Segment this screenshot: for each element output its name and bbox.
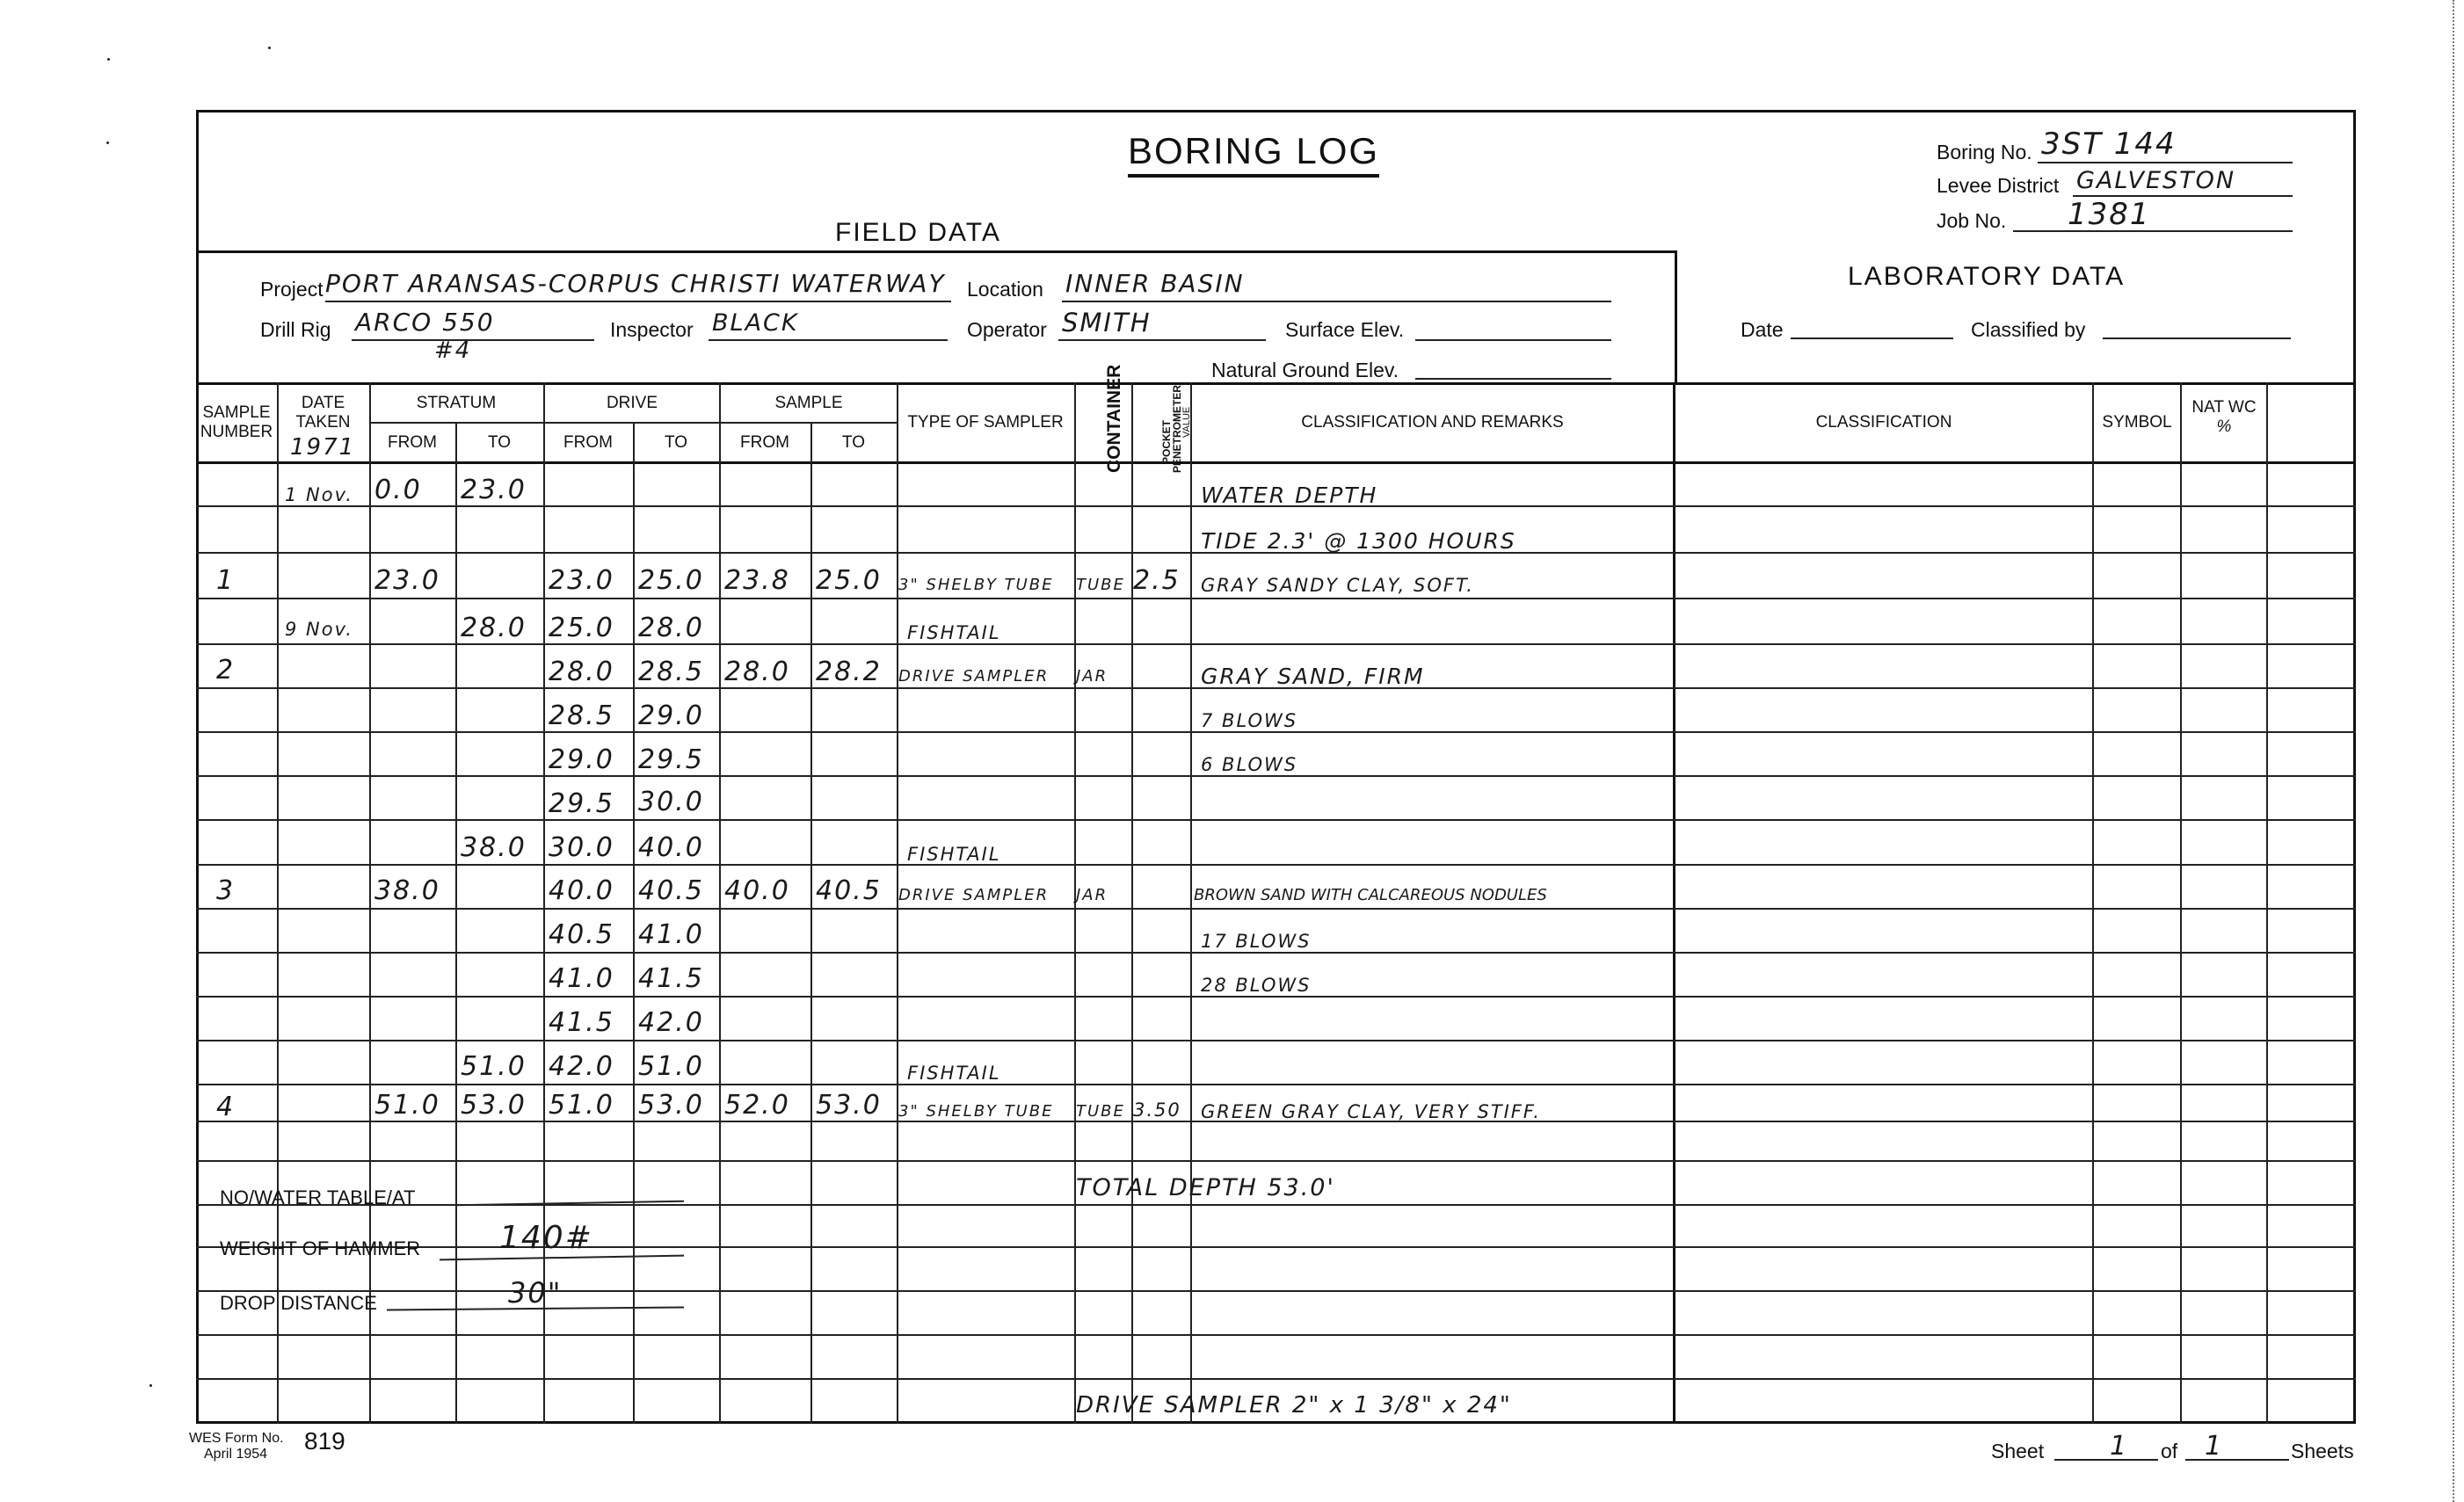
cell-date[interactable]: 1 Nov.	[280, 461, 369, 505]
sheet-label: Sheet	[1991, 1440, 2044, 1463]
header-text: NUMBER	[200, 423, 273, 442]
job-no-label: Job No.	[1937, 209, 2006, 233]
sheet-no-underline	[2054, 1459, 2158, 1461]
cell-sample-to[interactable]: 53.0	[810, 1084, 897, 1121]
cell-remarks[interactable]: GRAY SAND, FIRM	[1196, 643, 1670, 689]
scan-speck	[107, 58, 110, 61]
cell-stratum-to[interactable]: 38.0	[455, 819, 543, 863]
location-label: Location	[967, 278, 1043, 301]
cell-sampler[interactable]: 3" SHELBY TUBE	[897, 552, 1074, 594]
drop-distance-value[interactable]: 30"	[508, 1276, 562, 1310]
cell-sampler[interactable]: FISHTAIL	[902, 598, 1074, 643]
cell-container[interactable]: TUBE	[1074, 1084, 1131, 1121]
surface-elev-label: Surface Elev.	[1285, 318, 1404, 342]
boring-no-value[interactable]: 3ST 144	[2041, 127, 2177, 162]
form-number-label: WES Form No.	[189, 1431, 284, 1447]
cell-stratum-from[interactable]: 0.0	[369, 461, 455, 505]
cell-sample-to[interactable]: 25.0	[810, 552, 897, 596]
cell-sample-to[interactable]: 28.2	[810, 643, 897, 687]
cell-pen[interactable]: 2.5	[1131, 552, 1190, 596]
header-text: NAT WC	[2191, 398, 2256, 417]
cell-container[interactable]: JAR	[1074, 864, 1131, 904]
cell-container[interactable]: JAR	[1074, 643, 1131, 686]
cell-sampler[interactable]: FISHTAIL	[902, 1040, 1074, 1084]
hammer-weight-label: WEIGHT OF HAMMER	[220, 1237, 420, 1260]
header-year: 1971	[290, 434, 355, 461]
header-classification-remarks: CLASSIFICATION AND REMARKS	[1192, 384, 1673, 461]
header-sample-from: FROM	[719, 424, 810, 461]
header-drive: DRIVE	[543, 384, 721, 422]
header-text: SAMPLE	[202, 403, 270, 423]
cell-stratum-from[interactable]: 51.0	[369, 1084, 455, 1121]
drive-sampler-size-note[interactable]: DRIVE SAMPLER 2" x 1 3/8" x 24"	[1076, 1392, 1512, 1419]
scan-speck	[268, 47, 271, 49]
col-line	[2180, 382, 2182, 1424]
project-label: Project	[260, 278, 323, 301]
cell-remarks[interactable]: 7 BLOWS	[1196, 687, 1670, 731]
hammer-weight-value[interactable]: 140#	[499, 1220, 593, 1256]
natural-ground-elev-field[interactable]	[1415, 378, 1611, 380]
row-rule	[196, 1334, 2356, 1336]
cell-sample-from[interactable]: 40.0	[719, 864, 810, 906]
cell-drive-to[interactable]: 51.0	[633, 1040, 719, 1082]
operator-label: Operator	[967, 318, 1047, 342]
cell-drive-from[interactable]: 29.0	[543, 731, 633, 775]
col-line	[2266, 382, 2268, 1424]
header-container: CONTAINER	[1104, 376, 1125, 473]
total-sheets-underline	[2185, 1459, 2289, 1461]
header-symbol: SYMBOL	[2094, 384, 2180, 461]
cell-drive-from[interactable]: 41.5	[543, 996, 633, 1038]
cell-sample-from[interactable]: 23.8	[719, 552, 810, 596]
cell-drive-from[interactable]: 28.0	[543, 643, 633, 687]
form-date: April 1954	[204, 1447, 267, 1462]
scan-speck	[149, 1384, 152, 1387]
header-nat-wc: NAT WC %	[2182, 387, 2266, 448]
field-data-top-rule	[196, 250, 1677, 253]
levee-district-label: Levee District	[1937, 174, 2059, 198]
form-number: 819	[304, 1427, 345, 1455]
cell-sample-to[interactable]: 40.5	[810, 864, 897, 906]
cell-sample-from[interactable]: 28.0	[719, 643, 810, 687]
of-label: of	[2161, 1440, 2177, 1463]
cell-drive-from[interactable]: 23.0	[543, 552, 633, 596]
cell-sample-number[interactable]: 2	[211, 643, 277, 686]
header-type-of-sampler: TYPE OF SAMPLER	[897, 384, 1074, 461]
cell-remarks[interactable]: TIDE 2.3' @ 1300 HOURS	[1196, 505, 1670, 554]
cell-drive-to[interactable]: 25.0	[633, 552, 719, 596]
natural-ground-elev-label: Natural Ground Elev.	[1211, 359, 1399, 382]
cell-drive-from[interactable]: 25.0	[543, 598, 633, 643]
cell-remarks[interactable]: 6 BLOWS	[1196, 731, 1670, 775]
header-stratum-to: TO	[455, 424, 543, 461]
location-underline	[1062, 301, 1611, 302]
cell-drive-to[interactable]: 29.5	[633, 731, 719, 775]
cell-stratum-to[interactable]: 53.0	[455, 1084, 543, 1121]
total-depth-note[interactable]: TOTAL DEPTH 53.0'	[1076, 1174, 1335, 1201]
cell-sample-number[interactable]: 3	[211, 864, 277, 906]
cell-drive-from[interactable]: 40.0	[543, 864, 633, 906]
header-drive-to: TO	[633, 424, 719, 461]
cell-drive-to[interactable]: 30.0	[633, 775, 719, 817]
row-rule	[196, 1160, 2356, 1162]
cell-stratum-to[interactable]: 23.0	[455, 461, 543, 505]
cell-stratum-from[interactable]: 23.0	[369, 552, 455, 596]
cell-drive-to[interactable]: 41.0	[633, 908, 719, 950]
cell-drive-to[interactable]: 40.0	[633, 819, 719, 863]
col-line-lab-divider	[1673, 382, 1675, 1424]
classified-by-label: Classified by	[1971, 318, 2085, 342]
drill-rig-note: #4	[434, 337, 471, 364]
cell-sample-number[interactable]: 1	[211, 552, 277, 596]
lab-date-field[interactable]	[1791, 337, 1953, 339]
classified-by-field[interactable]	[2103, 337, 2291, 339]
cell-remarks[interactable]: WATER DEPTH	[1196, 461, 1670, 508]
cell-stratum-to[interactable]: 28.0	[455, 598, 543, 643]
field-data-heading: FIELD DATA	[835, 218, 1001, 248]
header-sample-number: SAMPLE NUMBER	[196, 387, 277, 459]
cell-drive-to[interactable]: 29.0	[633, 687, 719, 731]
water-table-label: NO/WATER TABLE/AT	[220, 1186, 415, 1209]
levee-district-value[interactable]: GALVESTON	[2076, 167, 2235, 194]
cell-sampler[interactable]: FISHTAIL	[902, 819, 1074, 865]
cell-sampler[interactable]: DRIVE SAMPLER	[897, 864, 1074, 904]
total-sheets-value[interactable]: 1	[2205, 1431, 2223, 1462]
cell-sample-from[interactable]: 52.0	[719, 1084, 810, 1121]
location-value[interactable]: INNER BASIN	[1065, 269, 1245, 298]
header-text: %	[2217, 417, 2232, 437]
cell-drive-from[interactable]: 51.0	[543, 1084, 633, 1121]
cell-drive-to[interactable]: 53.0	[633, 1084, 719, 1121]
drop-distance-label: DROP DISTANCE	[220, 1292, 377, 1315]
header-classification: CLASSIFICATION	[1675, 384, 2092, 461]
cell-remarks[interactable]: GRAY SANDY CLAY, SOFT.	[1196, 552, 1670, 596]
project-value[interactable]: PORT ARANSAS-CORPUS CHRISTI WATERWAY	[325, 269, 946, 298]
col-line	[277, 382, 279, 1424]
cell-drive-to[interactable]: 40.5	[633, 864, 719, 906]
cell-sampler[interactable]: DRIVE SAMPLER	[897, 643, 1074, 686]
cell-remarks[interactable]: 28 BLOWS	[1196, 952, 1670, 996]
lab-data-heading: LABORATORY DATA	[1848, 262, 2125, 292]
surface-elev-field[interactable]	[1415, 339, 1611, 341]
sheets-label: Sheets	[2291, 1440, 2354, 1463]
sheet-no-value[interactable]: 1	[2110, 1431, 2128, 1462]
cell-stratum-to[interactable]: 51.0	[455, 1040, 543, 1082]
cell-remarks[interactable]: GREEN GRAY CLAY, VERY STIFF.	[1196, 1084, 1670, 1122]
cell-drive-from[interactable]: 42.0	[543, 1040, 633, 1082]
cell-drive-from[interactable]: 41.0	[543, 952, 633, 994]
header-text: TAKEN	[296, 413, 351, 432]
cell-remarks[interactable]: BROWN SAND WITH CALCAREOUS NODULES	[1192, 864, 1673, 904]
cell-stratum-from[interactable]: 38.0	[369, 864, 455, 906]
cell-sampler[interactable]: 3" SHELBY TUBE	[897, 1084, 1074, 1121]
header-text: VALUE	[1181, 388, 1192, 438]
header-pocket-penetrometer: POCKET PENETROMETER VALUE	[1159, 378, 1190, 475]
cell-drive-to[interactable]: 41.5	[633, 952, 719, 994]
inspector-underline	[709, 339, 948, 341]
cell-date[interactable]: 9 Nov.	[280, 598, 369, 640]
project-underline	[325, 301, 951, 302]
header-drive-from: FROM	[543, 424, 633, 461]
col-line	[1131, 382, 1133, 1424]
cell-drive-to[interactable]: 42.0	[633, 996, 719, 1038]
boring-no-underline	[2038, 162, 2293, 163]
row-rule	[196, 775, 2356, 777]
scan-speck	[106, 141, 109, 144]
cell-drive-from[interactable]: 30.0	[543, 819, 633, 863]
header-sample-to: TO	[810, 424, 897, 461]
drill-rig-value[interactable]: ARCO 550	[355, 308, 495, 337]
cell-sample-number[interactable]: 4	[211, 1084, 277, 1122]
cell-container[interactable]: TUBE	[1074, 552, 1131, 594]
job-no-underline	[2013, 230, 2293, 232]
cell-drive-from[interactable]: 28.5	[543, 687, 633, 731]
header-stratum: STRATUM	[369, 384, 543, 422]
cell-pen[interactable]: 3.50	[1131, 1084, 1190, 1121]
boring-no-label: Boring No.	[1937, 141, 2032, 164]
header-stratum-from: FROM	[369, 424, 455, 461]
operator-underline	[1058, 339, 1266, 341]
cell-remarks[interactable]: 17 BLOWS	[1196, 908, 1670, 952]
operator-value[interactable]: SMITH	[1062, 308, 1152, 337]
header-sample: SAMPLE	[721, 384, 897, 422]
row-rule	[196, 1378, 2356, 1380]
row-rule	[196, 996, 2356, 998]
scan-edge	[2453, 0, 2454, 1502]
inspector-label: Inspector	[610, 318, 694, 342]
header-date-taken: DATE TAKEN	[277, 387, 369, 439]
col-line	[455, 422, 457, 1424]
lab-date-label: Date	[1741, 318, 1784, 342]
inspector-value[interactable]: BLACK	[712, 309, 799, 337]
cell-drive-from[interactable]: 40.5	[543, 908, 633, 950]
col-line	[2092, 382, 2094, 1424]
drill-rig-underline	[352, 339, 594, 341]
header-text: DATE	[302, 394, 345, 413]
drill-rig-label: Drill Rig	[260, 318, 331, 342]
lab-divider	[1675, 250, 1677, 382]
cell-drive-to[interactable]: 28.0	[633, 598, 719, 643]
cell-drive-to[interactable]: 28.5	[633, 643, 719, 687]
form-title: BORING LOG	[1128, 130, 1379, 178]
job-no-value[interactable]: 1381	[2068, 197, 2151, 232]
cell-drive-from[interactable]: 29.5	[543, 775, 633, 819]
